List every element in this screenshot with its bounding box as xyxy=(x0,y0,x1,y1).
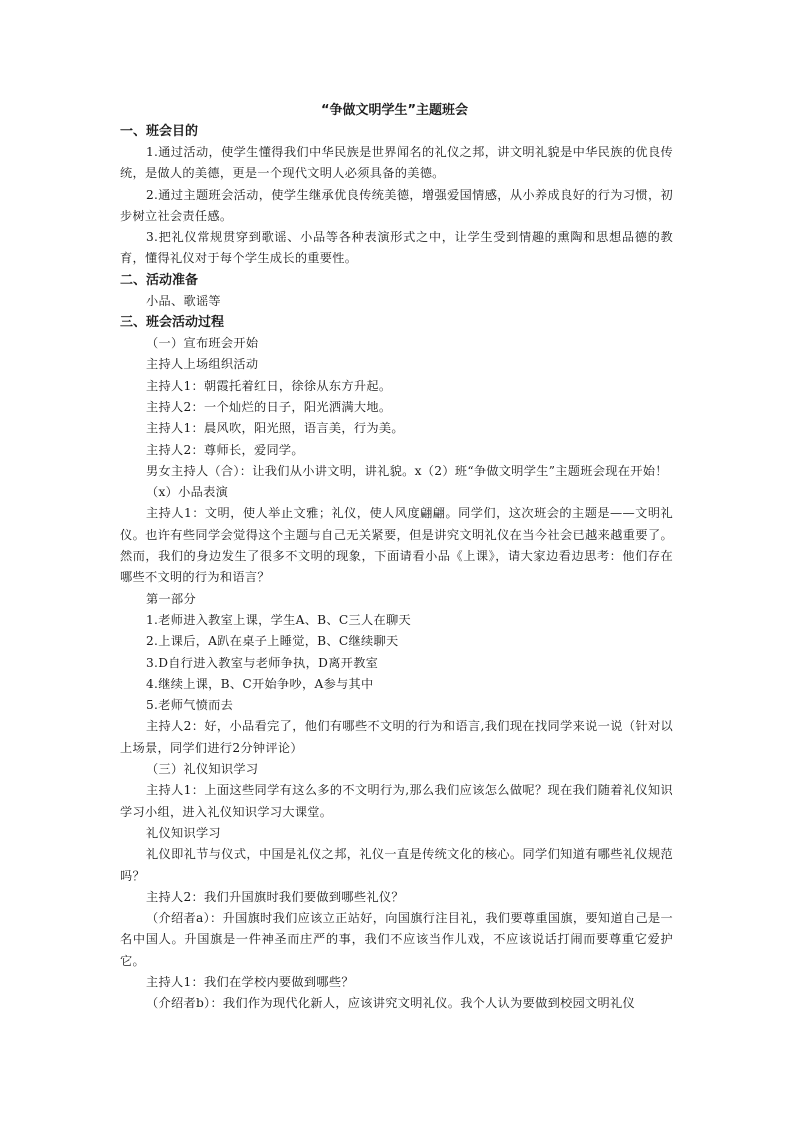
paragraph: 小品、歌谣等 xyxy=(120,291,673,312)
document-page: “争做文明学生”主题班会 一、班会目的 1.通过活动，使学生懂得我们中华民族是世… xyxy=(120,101,673,1015)
paragraph: 3.把礼仪常规贯穿到歌谣、小品等各种表演形式之中，让学生受到情趣的熏陶和思想品德… xyxy=(120,227,673,270)
paragraph: （介绍者a）：升国旗时我们应该立正站好，向国旗行注目礼，我们要尊重国旗，要知道自… xyxy=(120,908,673,972)
paragraph: 主持人上场组织活动 xyxy=(120,354,673,375)
paragraph: 主持人1：文明，使人举止文雅；礼仪，使人风度翩翩。同学们，这次班会的主题是——文… xyxy=(120,503,673,588)
paragraph: （x）小品表演 xyxy=(120,482,673,503)
paragraph: 主持人1：朝霞托着红日，徐徐从东方升起。 xyxy=(120,376,673,397)
paragraph: 男女主持人（合）：让我们从小讲文明，讲礼貌。x（2）班“争做文明学生”主题班会现… xyxy=(120,461,673,482)
list-item: 1.老师进入教室上课，学生A、B、C三人在聊天 xyxy=(120,610,673,631)
list-item: 3.D自行进入教室与老师争执，D离开教室 xyxy=(120,653,673,674)
paragraph: 礼仪知识学习 xyxy=(120,823,673,844)
section-heading-preparation: 二、活动准备 xyxy=(120,270,673,291)
section-heading-process: 三、班会活动过程 xyxy=(120,312,673,333)
paragraph: （三）礼仪知识学习 xyxy=(120,759,673,780)
list-item: 4.继续上课，B、C开始争吵，A参与其中 xyxy=(120,674,673,695)
paragraph: 主持人1：上面这些同学有这么多的不文明行为,那么我们应该怎么做呢？现在我们随着礼… xyxy=(120,780,673,823)
paragraph: 主持人2：我们升国旗时我们要做到哪些礼仪？ xyxy=(120,887,673,908)
paragraph: 主持人2：好，小品看完了，他们有哪些不文明的行为和语言,我们现在找同学来说一说（… xyxy=(120,716,673,759)
paragraph: 1.通过活动，使学生懂得我们中华民族是世界闻名的礼仪之邦，讲文明礼貌是中华民族的… xyxy=(120,142,673,185)
document-title: “争做文明学生”主题班会 xyxy=(116,101,673,121)
paragraph: 主持人1：我们在学校内要做到哪些？ xyxy=(120,972,673,993)
paragraph: （介绍者b）：我们作为现代化新人，应该讲究文明礼仪。我个人认为要做到校园文明礼仪 xyxy=(120,993,673,1014)
section-heading-purpose: 一、班会目的 xyxy=(120,121,673,142)
paragraph: 主持人2：尊师长，爱同学。 xyxy=(120,440,673,461)
paragraph: 第一部分 xyxy=(120,589,673,610)
paragraph: 主持人1：晨风吹，阳光照，语言美，行为美。 xyxy=(120,418,673,439)
list-item: 2.上课后，A趴在桌子上睡觉，B、C继续聊天 xyxy=(120,631,673,652)
paragraph: 2.通过主题班会活动，使学生继承优良传统美德，增强爱国情感，从小养成良好的行为习… xyxy=(120,185,673,228)
paragraph: 主持人2：一个灿烂的日子，阳光洒满大地。 xyxy=(120,397,673,418)
list-item: 5.老师气愤而去 xyxy=(120,695,673,716)
paragraph: （一）宣布班会开始 xyxy=(120,333,673,354)
paragraph: 礼仪即礼节与仪式，中国是礼仪之邦，礼仪一直是传统文化的核心。同学们知道有哪些礼仪… xyxy=(120,844,673,887)
